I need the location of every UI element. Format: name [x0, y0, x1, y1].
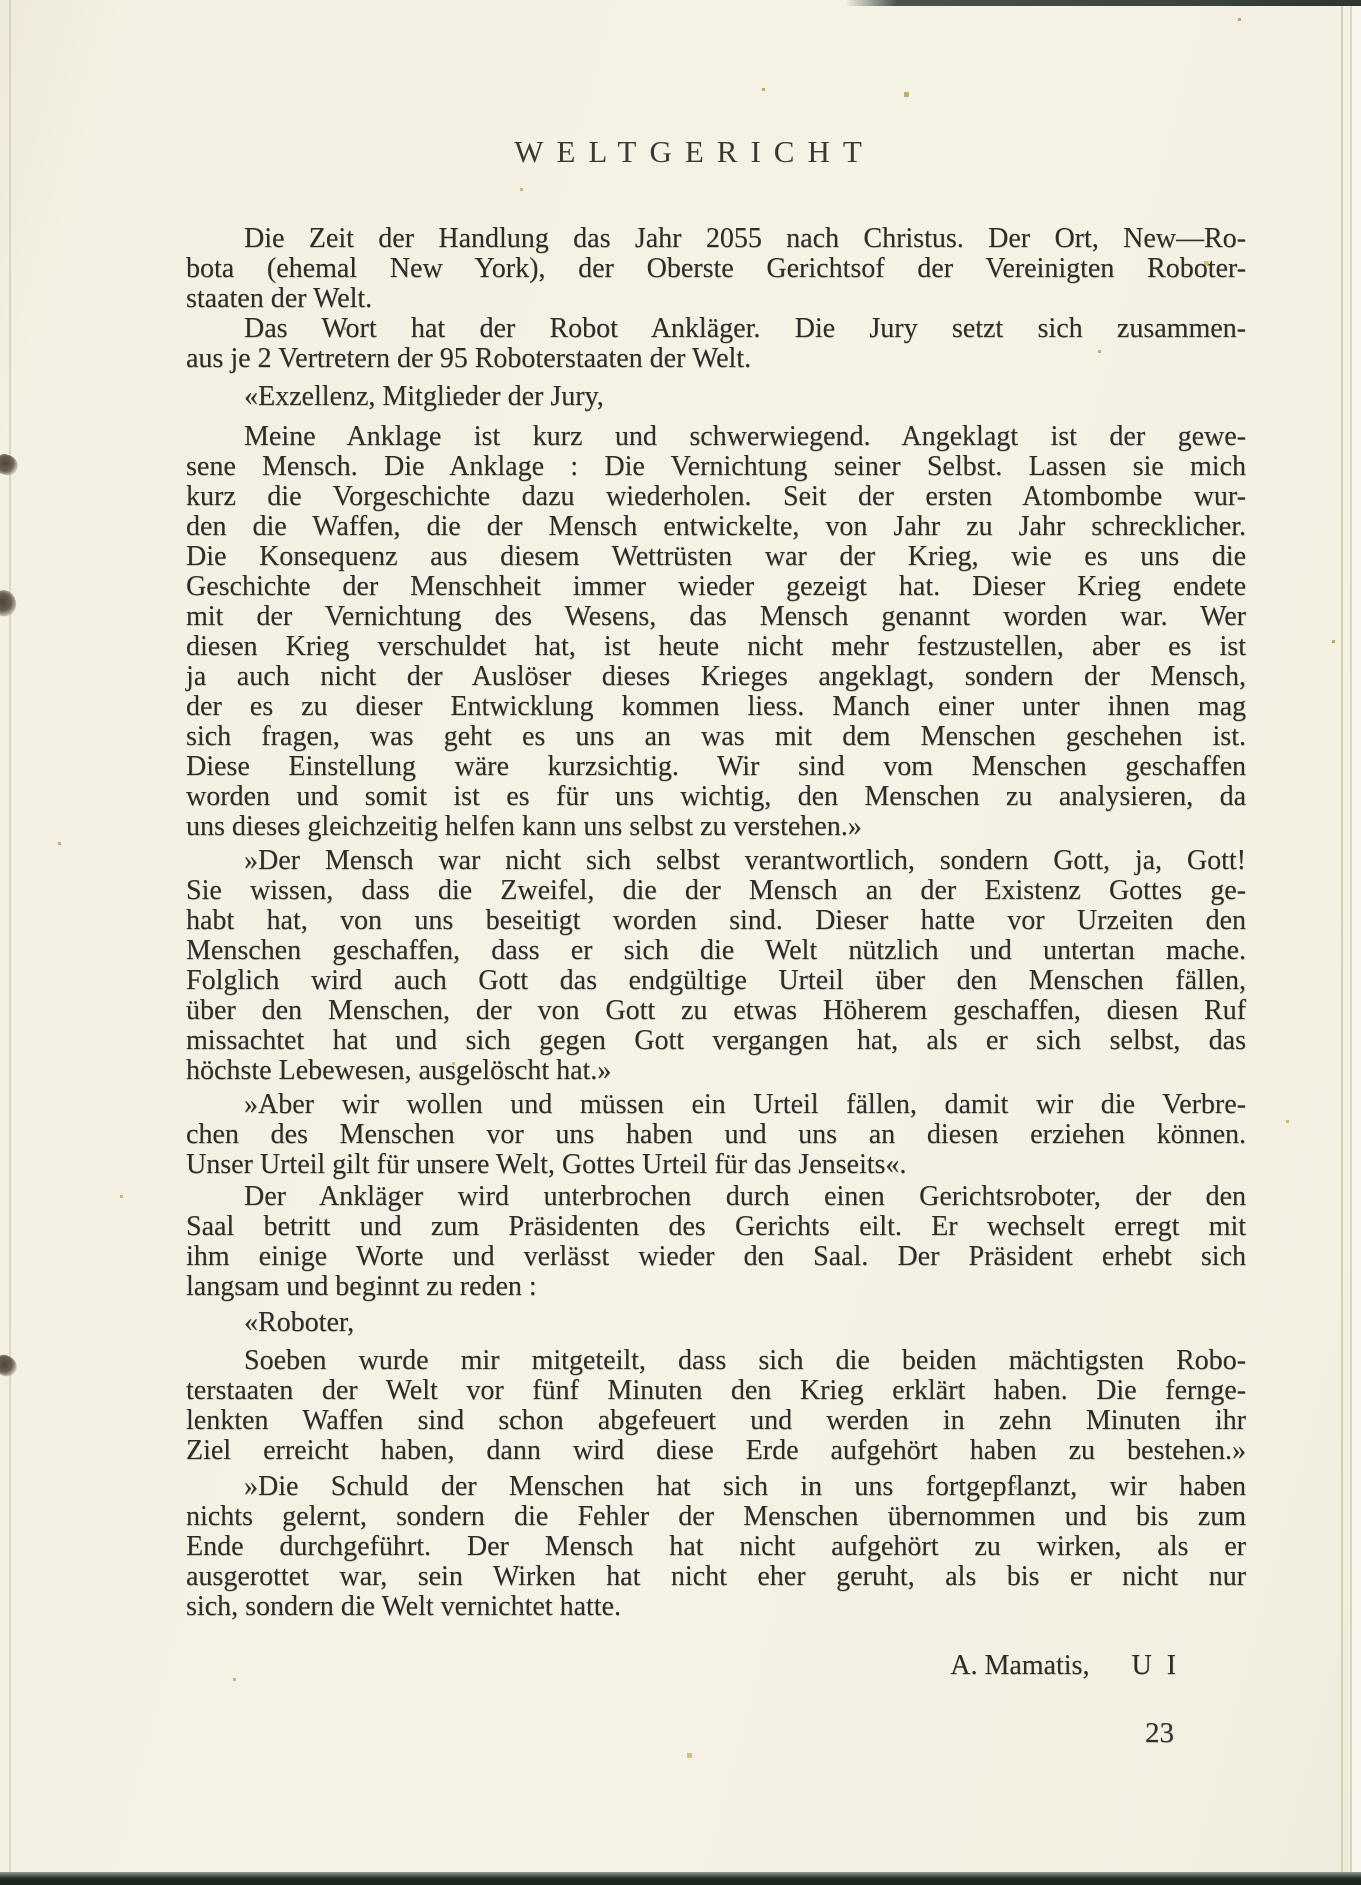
text-line: missachtet hat und sich gegen Gott verga… — [186, 1026, 1246, 1056]
text-line: »Die Schuld der Menschen hat sich in uns… — [186, 1472, 1246, 1502]
text-line: Ziel erreicht haben, dann wird diese Erd… — [186, 1436, 1246, 1466]
scanned-book-page: WELTGERICHT Die Zeit der Handlung das Ja… — [0, 0, 1361, 1885]
text-line: diesen Krieg verschuldet hat, ist heute … — [186, 632, 1246, 662]
paragraph: Die Zeit der Handlung das Jahr 2055 nach… — [186, 224, 1246, 314]
paragraph: »Der Mensch war nicht sich selbst verant… — [186, 846, 1246, 1086]
paragraph: Der Ankläger wird unterbrochen durch ein… — [186, 1182, 1246, 1302]
text-line: Saal betritt und zum Präsidenten des Ger… — [186, 1212, 1246, 1242]
author-id: U I — [1131, 1650, 1180, 1681]
page-edge-line — [1350, 0, 1352, 1885]
page-number: 23 — [186, 1716, 1174, 1750]
text-line: der es zu dieser Entwicklung kommen lies… — [186, 692, 1246, 722]
body-text: Die Zeit der Handlung das Jahr 2055 nach… — [186, 224, 1246, 1622]
text-line: ja auch nicht der Auslöser dieses Kriege… — [186, 662, 1246, 692]
paragraph: Das Wort hat der Robot Ankläger. Die Jur… — [186, 314, 1246, 374]
text-line: »Der Mensch war nicht sich selbst verant… — [186, 846, 1246, 876]
text-line: lenkten Waffen sind schon abgefeuert und… — [186, 1406, 1246, 1436]
text-line: Die Zeit der Handlung das Jahr 2055 nach… — [186, 224, 1246, 254]
binding-crease — [9, 0, 11, 1885]
text-line: ihm einige Worte und verlässt wieder den… — [186, 1242, 1246, 1272]
staple-mark — [0, 1352, 20, 1379]
page-edge-zone — [1352, 0, 1361, 1885]
author-signature: A. Mamatis,U I — [186, 1650, 1180, 1682]
text-line: Sie wissen, dass die Zweifel, die der Me… — [186, 876, 1246, 906]
text-line: Meine Anklage ist kurz und schwerwiegend… — [186, 422, 1246, 452]
paragraph: »Die Schuld der Menschen hat sich in uns… — [186, 1472, 1246, 1622]
paper-speckles — [0, 0, 3, 3]
text-line: «Roboter, — [186, 1308, 1246, 1338]
scan-artifact-bottom — [0, 1872, 1361, 1885]
text-line: mit der Vernichtung des Wesens, das Mens… — [186, 602, 1246, 632]
scan-artifact-top — [845, 0, 1361, 6]
page-edge-line — [1341, 0, 1343, 1885]
text-line: terstaaten der Welt vor fünf Minuten den… — [186, 1376, 1246, 1406]
text-line: Folglich wird auch Gott das endgültige U… — [186, 966, 1246, 996]
text-line: sich, sondern die Welt vernichtet hatte. — [186, 1592, 1246, 1622]
text-line: Diese Einstellung wäre kurzsichtig. Wir … — [186, 752, 1246, 782]
staple-mark — [0, 588, 18, 618]
text-line: worden und somit ist es für uns wichtig,… — [186, 782, 1246, 812]
text-line: bota (ehemal New York), der Oberste Geri… — [186, 254, 1246, 284]
paragraph: »Aber wir wollen und müssen ein Urteil f… — [186, 1090, 1246, 1180]
text-line: habt hat, von uns beseitigt worden sind.… — [186, 906, 1246, 936]
text-line: Menschen geschaffen, dass er sich die We… — [186, 936, 1246, 966]
text-line: chen des Menschen vor uns haben und uns … — [186, 1120, 1246, 1150]
text-line: nichts gelernt, sondern die Fehler der M… — [186, 1502, 1246, 1532]
text-line: Die Konsequenz aus diesem Wettrüsten war… — [186, 542, 1246, 572]
staple-mark — [0, 452, 21, 478]
text-line: Ende durchgeführt. Der Mensch hat nicht … — [186, 1532, 1246, 1562]
text-line: kurz die Vorgeschichte dazu wiederholen.… — [186, 482, 1246, 512]
text-line: ausgerottet war, sein Wirken hat nicht e… — [186, 1562, 1246, 1592]
text-line: staaten der Welt. — [186, 284, 1246, 314]
text-line: Der Ankläger wird unterbrochen durch ein… — [186, 1182, 1246, 1212]
paragraph: Soeben wurde mir mitgeteilt, dass sich d… — [186, 1346, 1246, 1466]
paragraph: Meine Anklage ist kurz und schwerwiegend… — [186, 422, 1246, 842]
text-line: den die Waffen, die der Mensch entwickel… — [186, 512, 1246, 542]
paragraph: «Roboter, — [186, 1308, 1246, 1338]
text-line: «Exzellenz, Mitglieder der Jury, — [186, 382, 1246, 412]
text-line: Das Wort hat der Robot Ankläger. Die Jur… — [186, 314, 1246, 344]
page-title: WELTGERICHT — [158, 132, 1218, 172]
text-line: über den Menschen, der von Gott zu etwas… — [186, 996, 1246, 1026]
text-line: aus je 2 Vertretern der 95 Roboterstaate… — [186, 344, 1246, 374]
author-name: A. Mamatis, — [950, 1650, 1089, 1681]
text-line: langsam und beginnt zu reden : — [186, 1272, 1246, 1302]
text-line: Soeben wurde mir mitgeteilt, dass sich d… — [186, 1346, 1246, 1376]
text-line: uns dieses gleichzeitig helfen kann uns … — [186, 812, 1246, 842]
text-line: »Aber wir wollen und müssen ein Urteil f… — [186, 1090, 1246, 1120]
text-line: höchste Lebewesen, ausgelöscht hat.» — [186, 1056, 1246, 1086]
text-line: sich fragen, was geht es uns an was mit … — [186, 722, 1246, 752]
text-line: sene Mensch. Die Anklage : Die Vernichtu… — [186, 452, 1246, 482]
paragraph: «Exzellenz, Mitglieder der Jury, — [186, 382, 1246, 412]
text-line: Geschichte der Menschheit immer wieder g… — [186, 572, 1246, 602]
text-line: Unser Urteil gilt für unsere Welt, Gotte… — [186, 1150, 1246, 1180]
